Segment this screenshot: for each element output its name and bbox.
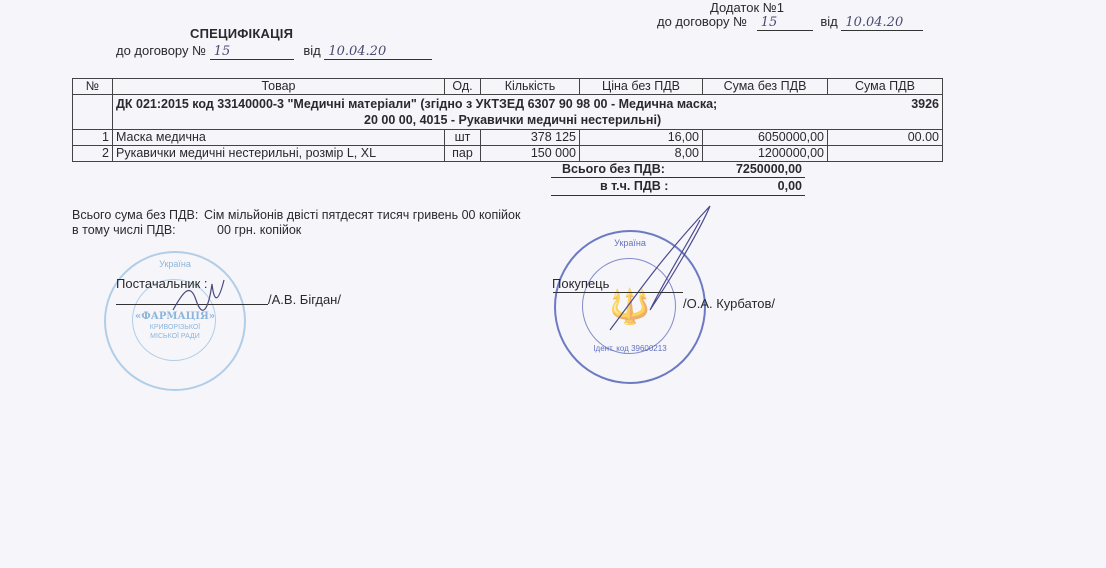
annex-contract-reference: до договору № 15 від 10.04.20 <box>657 14 923 31</box>
specification-table: № Товар Од. Кількість Ціна без ПДВ Сума … <box>72 78 943 162</box>
buyer-name: /О.А. Курбатов/ <box>683 296 775 311</box>
date-prefix: від <box>303 43 320 58</box>
buyer-signature-line <box>553 292 683 293</box>
group-description-line2: 20 00 00, 4015 - Рукавички медичні несте… <box>116 112 939 128</box>
row-price: 8,00 <box>580 146 703 162</box>
vat-value: 0,00 <box>700 179 802 193</box>
buyer-signature-icon <box>600 200 720 340</box>
row-vat <box>828 146 943 162</box>
group-code-tail: 3926 <box>911 96 939 112</box>
table-row: 1 Маска медична шт 378 125 16,00 6050000… <box>73 130 943 146</box>
row-sum: 1200000,00 <box>703 146 828 162</box>
amount-in-words: Всього сума без ПДВ:Сім мільйонів двісті… <box>72 208 520 238</box>
row-number: 2 <box>73 146 113 162</box>
contract-reference: до договору № 15 від 10.04.20 <box>116 43 432 60</box>
row-item: Рукавички медичні нестерильні, розмір L,… <box>113 146 445 162</box>
supplier-stamp-top-text: Україна <box>106 259 244 269</box>
col-header-vat: Сума ПДВ <box>828 79 943 95</box>
row-number: 1 <box>73 130 113 146</box>
col-header-sum: Сума без ПДВ <box>703 79 828 95</box>
group-cell: ДК 021:2015 код 33140000-3 "Медичні мате… <box>113 95 943 130</box>
vat-label: в т.ч. ПДВ : <box>600 179 668 193</box>
supplier-stamp-line2: КРИВОРІЗЬКОЇ <box>106 324 244 331</box>
annex-contract-number: 15 <box>757 15 813 31</box>
total-value: 7250000,00 <box>700 162 802 176</box>
col-header-quantity: Кількість <box>481 79 580 95</box>
vat-underline <box>551 195 805 196</box>
annex-contract-date: 10.04.20 <box>841 15 923 31</box>
col-header-item: Товар <box>113 79 445 95</box>
annex-date-prefix: від <box>820 14 837 29</box>
total-label: Всього без ПДВ: <box>562 162 665 176</box>
contract-prefix: до договору № <box>116 43 206 58</box>
row-quantity: 378 125 <box>481 130 580 146</box>
table-header-row: № Товар Од. Кількість Ціна без ПДВ Сума … <box>73 79 943 95</box>
words-total-text: Сім мільйонів двісті пятдесят тисяч грив… <box>204 208 520 222</box>
annex-title: Додаток №1 <box>710 0 784 15</box>
words-vat-label: в тому числі ПДВ: <box>72 223 217 238</box>
row-vat: 00.00 <box>828 130 943 146</box>
buyer-label: Покупець <box>552 276 609 291</box>
col-header-number: № <box>73 79 113 95</box>
document-title: СПЕЦИФІКАЦІЯ <box>190 26 293 41</box>
table-row: 2 Рукавички медичні нестерильні, розмір … <box>73 146 943 162</box>
group-row: ДК 021:2015 код 33140000-3 "Медичні мате… <box>73 95 943 130</box>
contract-number: 15 <box>210 44 294 60</box>
row-unit: пар <box>445 146 481 162</box>
row-sum: 6050000,00 <box>703 130 828 146</box>
col-header-unit: Од. <box>445 79 481 95</box>
row-unit: шт <box>445 130 481 146</box>
group-description-line1: ДК 021:2015 код 33140000-3 "Медичні мате… <box>116 96 717 112</box>
supplier-name: /А.В. Бігдан/ <box>268 292 341 307</box>
supplier-signature-icon <box>168 272 228 322</box>
annex-contract-prefix: до договору № <box>657 14 747 29</box>
total-underline <box>551 177 805 178</box>
row-quantity: 150 000 <box>481 146 580 162</box>
group-number-cell <box>73 95 113 130</box>
supplier-stamp-line3: МІСЬКОЇ РАДИ <box>106 333 244 340</box>
words-vat-text: 00 грн. копійок <box>217 223 301 237</box>
col-header-price: Ціна без ПДВ <box>580 79 703 95</box>
row-item: Маска медична <box>113 130 445 146</box>
buyer-stamp-code: Ідент. код 39600213 <box>556 344 704 353</box>
words-total-label: Всього сума без ПДВ: <box>72 208 207 223</box>
contract-date: 10.04.20 <box>324 44 432 60</box>
row-price: 16,00 <box>580 130 703 146</box>
